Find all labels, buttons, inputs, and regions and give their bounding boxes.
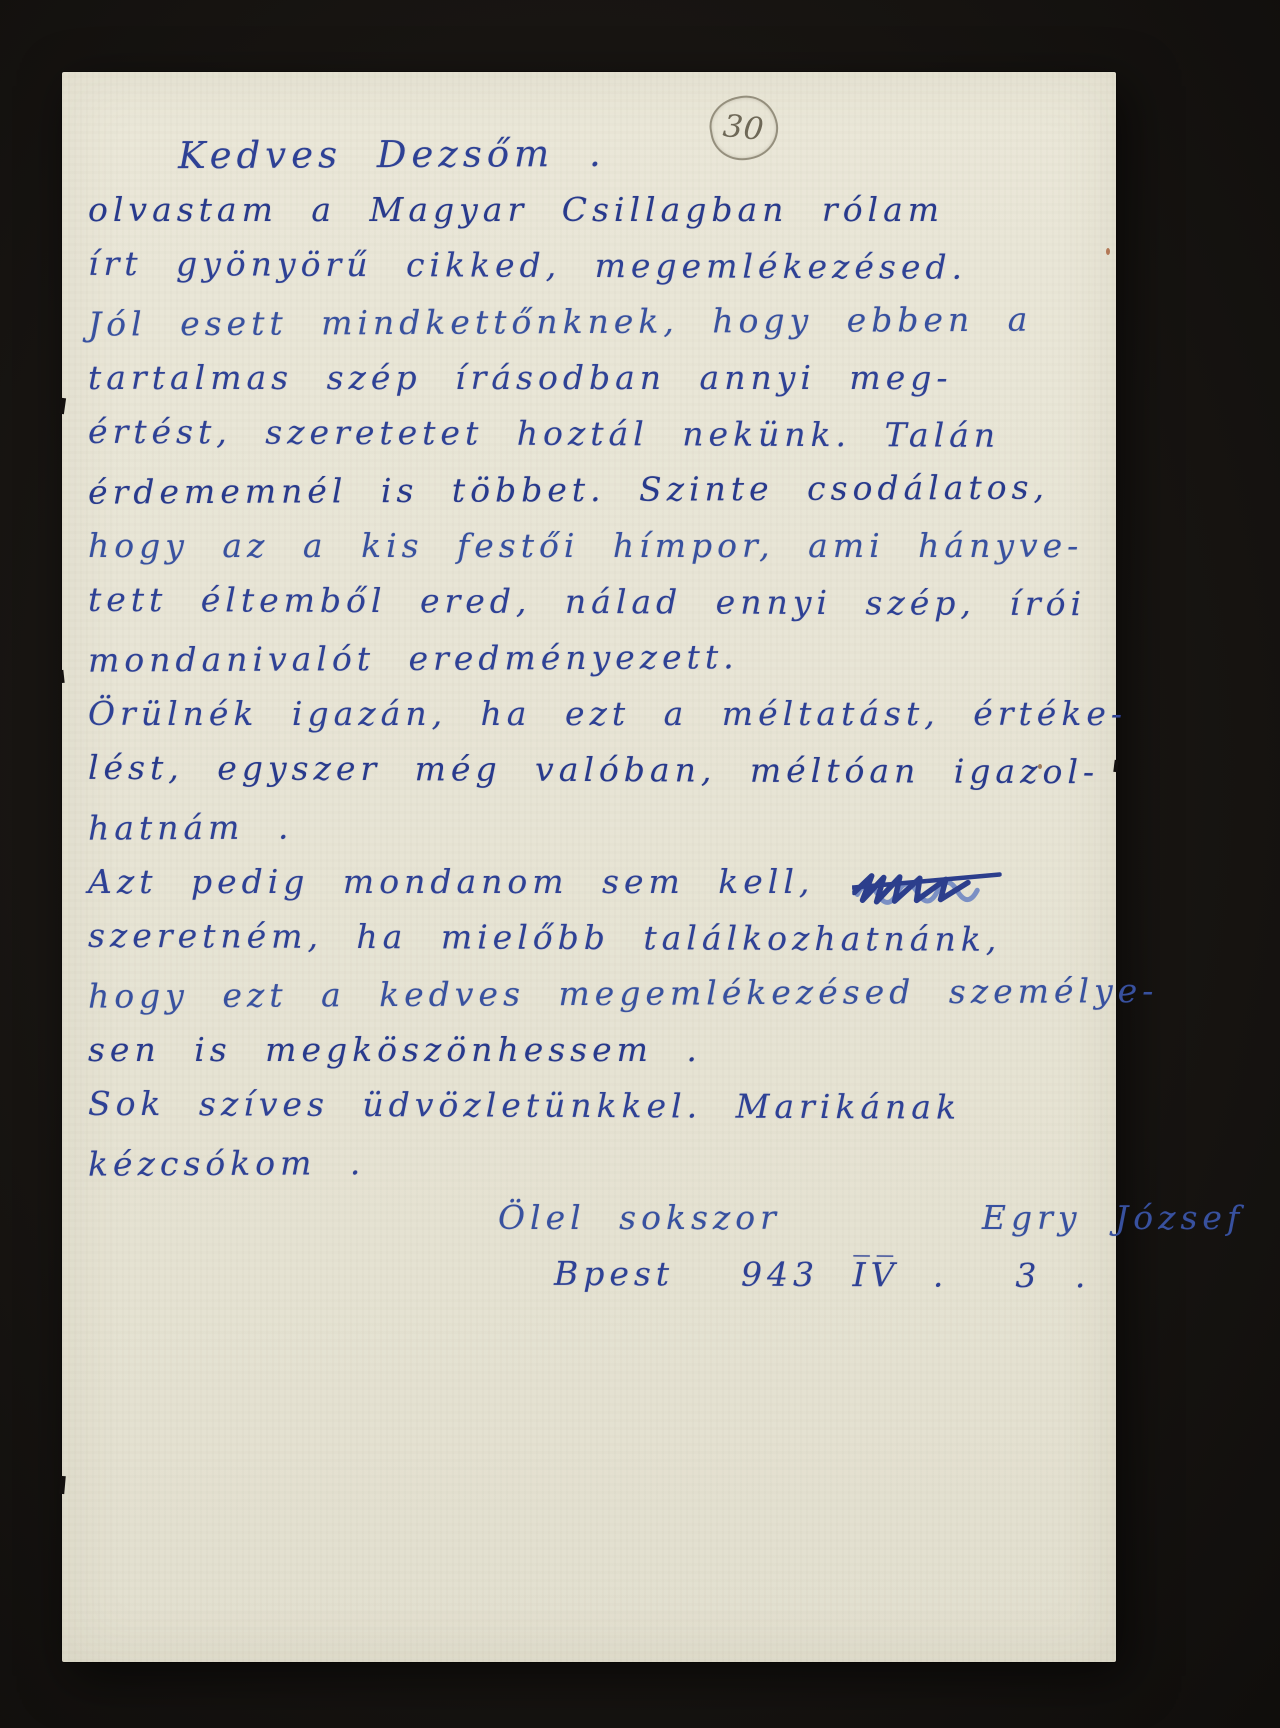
- handwritten-text: Bpest 943 I̅V̅ . 3 .: [554, 1254, 1091, 1295]
- letter-page: 30 Kedves Dezsőm .olvastam a Magyar Csil…: [62, 72, 1116, 1662]
- paper-edge-notch: [1113, 760, 1118, 772]
- handwritten-line: Örülnék igazán, ha ezt a méltatást, érté…: [88, 686, 1088, 742]
- handwritten-line: Azt pedig mondanom sem kell,: [88, 854, 1088, 910]
- handwritten-line: Bpest 943 I̅V̅ . 3 .: [88, 1244, 1088, 1304]
- handwritten-text: tartalmas szép írásodban annyi meg-: [88, 358, 953, 397]
- handwritten-line: írt gyönyörű cikked, megemlékezésed.: [88, 236, 1088, 296]
- handwritten-line: Jól esett mindkettőnknek, hogy ebben a: [88, 291, 1088, 352]
- handwritten-text: írt gyönyörű cikked, megemlékezésed.: [88, 244, 967, 287]
- handwritten-text: olvastam a Magyar Csillagban rólam: [88, 190, 944, 229]
- handwritten-text: lést, egyszer még valóban, méltóan igazo…: [88, 748, 1099, 791]
- handwritten-line: érdememnél is többet. Szinte csodálatos,: [88, 459, 1088, 520]
- handwritten-line: hogy ezt a kedves megemlékezésed személy…: [88, 963, 1088, 1024]
- letter-body: Kedves Dezsőm .olvastam a Magyar Csillag…: [88, 126, 1088, 1302]
- handwritten-line: kézcsókom .: [88, 1131, 1088, 1192]
- handwritten-line: sen is megköszönhessem .: [88, 1022, 1088, 1078]
- handwritten-text: hogy ezt a kedves megemlékezésed személy…: [88, 971, 1159, 1016]
- handwritten-text: mondanivalót eredményezett.: [88, 637, 739, 679]
- handwritten-line: értést, szeretetet hoztál nekünk. Talán: [88, 404, 1088, 464]
- handwritten-text: hatnám .: [88, 808, 294, 848]
- handwritten-text: érdememnél is többet. Szinte csodálatos,: [88, 468, 1049, 512]
- handwritten-line: tett éltemből ered, nálad ennyi szép, ír…: [88, 572, 1088, 632]
- handwritten-line: tartalmas szép írásodban annyi meg-: [88, 350, 1088, 406]
- handwritten-text: Jól esett mindkettőnknek, hogy ebben a: [88, 300, 1033, 344]
- paper-edge-notch: [59, 1476, 66, 1494]
- handwritten-line: Sok szíves üdvözletünkkel. Marikának: [88, 1076, 1088, 1136]
- handwritten-line: Kedves Dezsőm .: [88, 123, 1088, 184]
- handwritten-text: tett éltemből ered, nálad ennyi szép, ír…: [88, 580, 1086, 623]
- handwritten-text: értést, szeretetet hoztál nekünk. Talán: [88, 412, 1000, 455]
- handwritten-line: hogy az a kis festői hímpor, ami hányve-: [88, 518, 1088, 574]
- handwritten-line: Ölel sokszor Egry József: [88, 1190, 1088, 1246]
- handwritten-text: Azt pedig mondanom sem kell,: [88, 862, 814, 901]
- handwritten-text: szeretném, ha mielőbb találkozhatnánk,: [88, 916, 1001, 959]
- paper-edge-notch: [59, 670, 64, 683]
- paper-edge-notch: [59, 398, 66, 415]
- handwritten-line: olvastam a Magyar Csillagban rólam: [88, 182, 1088, 238]
- photo-background: 30 Kedves Dezsőm .olvastam a Magyar Csil…: [0, 0, 1280, 1728]
- handwritten-line: mondanivalót eredményezett.: [88, 627, 1088, 688]
- handwritten-text: Ölel sokszor Egry József: [498, 1198, 1244, 1237]
- paper-speck: [1106, 248, 1110, 255]
- handwritten-text: sen is megköszönhessem .: [88, 1030, 702, 1069]
- handwritten-text: Kedves Dezsőm .: [178, 132, 606, 177]
- handwritten-text: Sok szíves üdvözletünkkel. Marikának: [88, 1084, 961, 1127]
- handwritten-line: hatnám .: [88, 795, 1088, 856]
- handwritten-text: hogy az a kis festői hímpor, ami hányve-: [88, 526, 1083, 565]
- handwritten-text: kézcsókom .: [88, 1143, 366, 1183]
- handwritten-line: szeretném, ha mielőbb találkozhatnánk,: [88, 908, 1088, 968]
- crossed-out-word: [852, 859, 1003, 908]
- handwritten-text: Örülnék igazán, ha ezt a méltatást, érté…: [88, 694, 1127, 733]
- handwritten-line: lést, egyszer még valóban, méltóan igazo…: [88, 740, 1088, 800]
